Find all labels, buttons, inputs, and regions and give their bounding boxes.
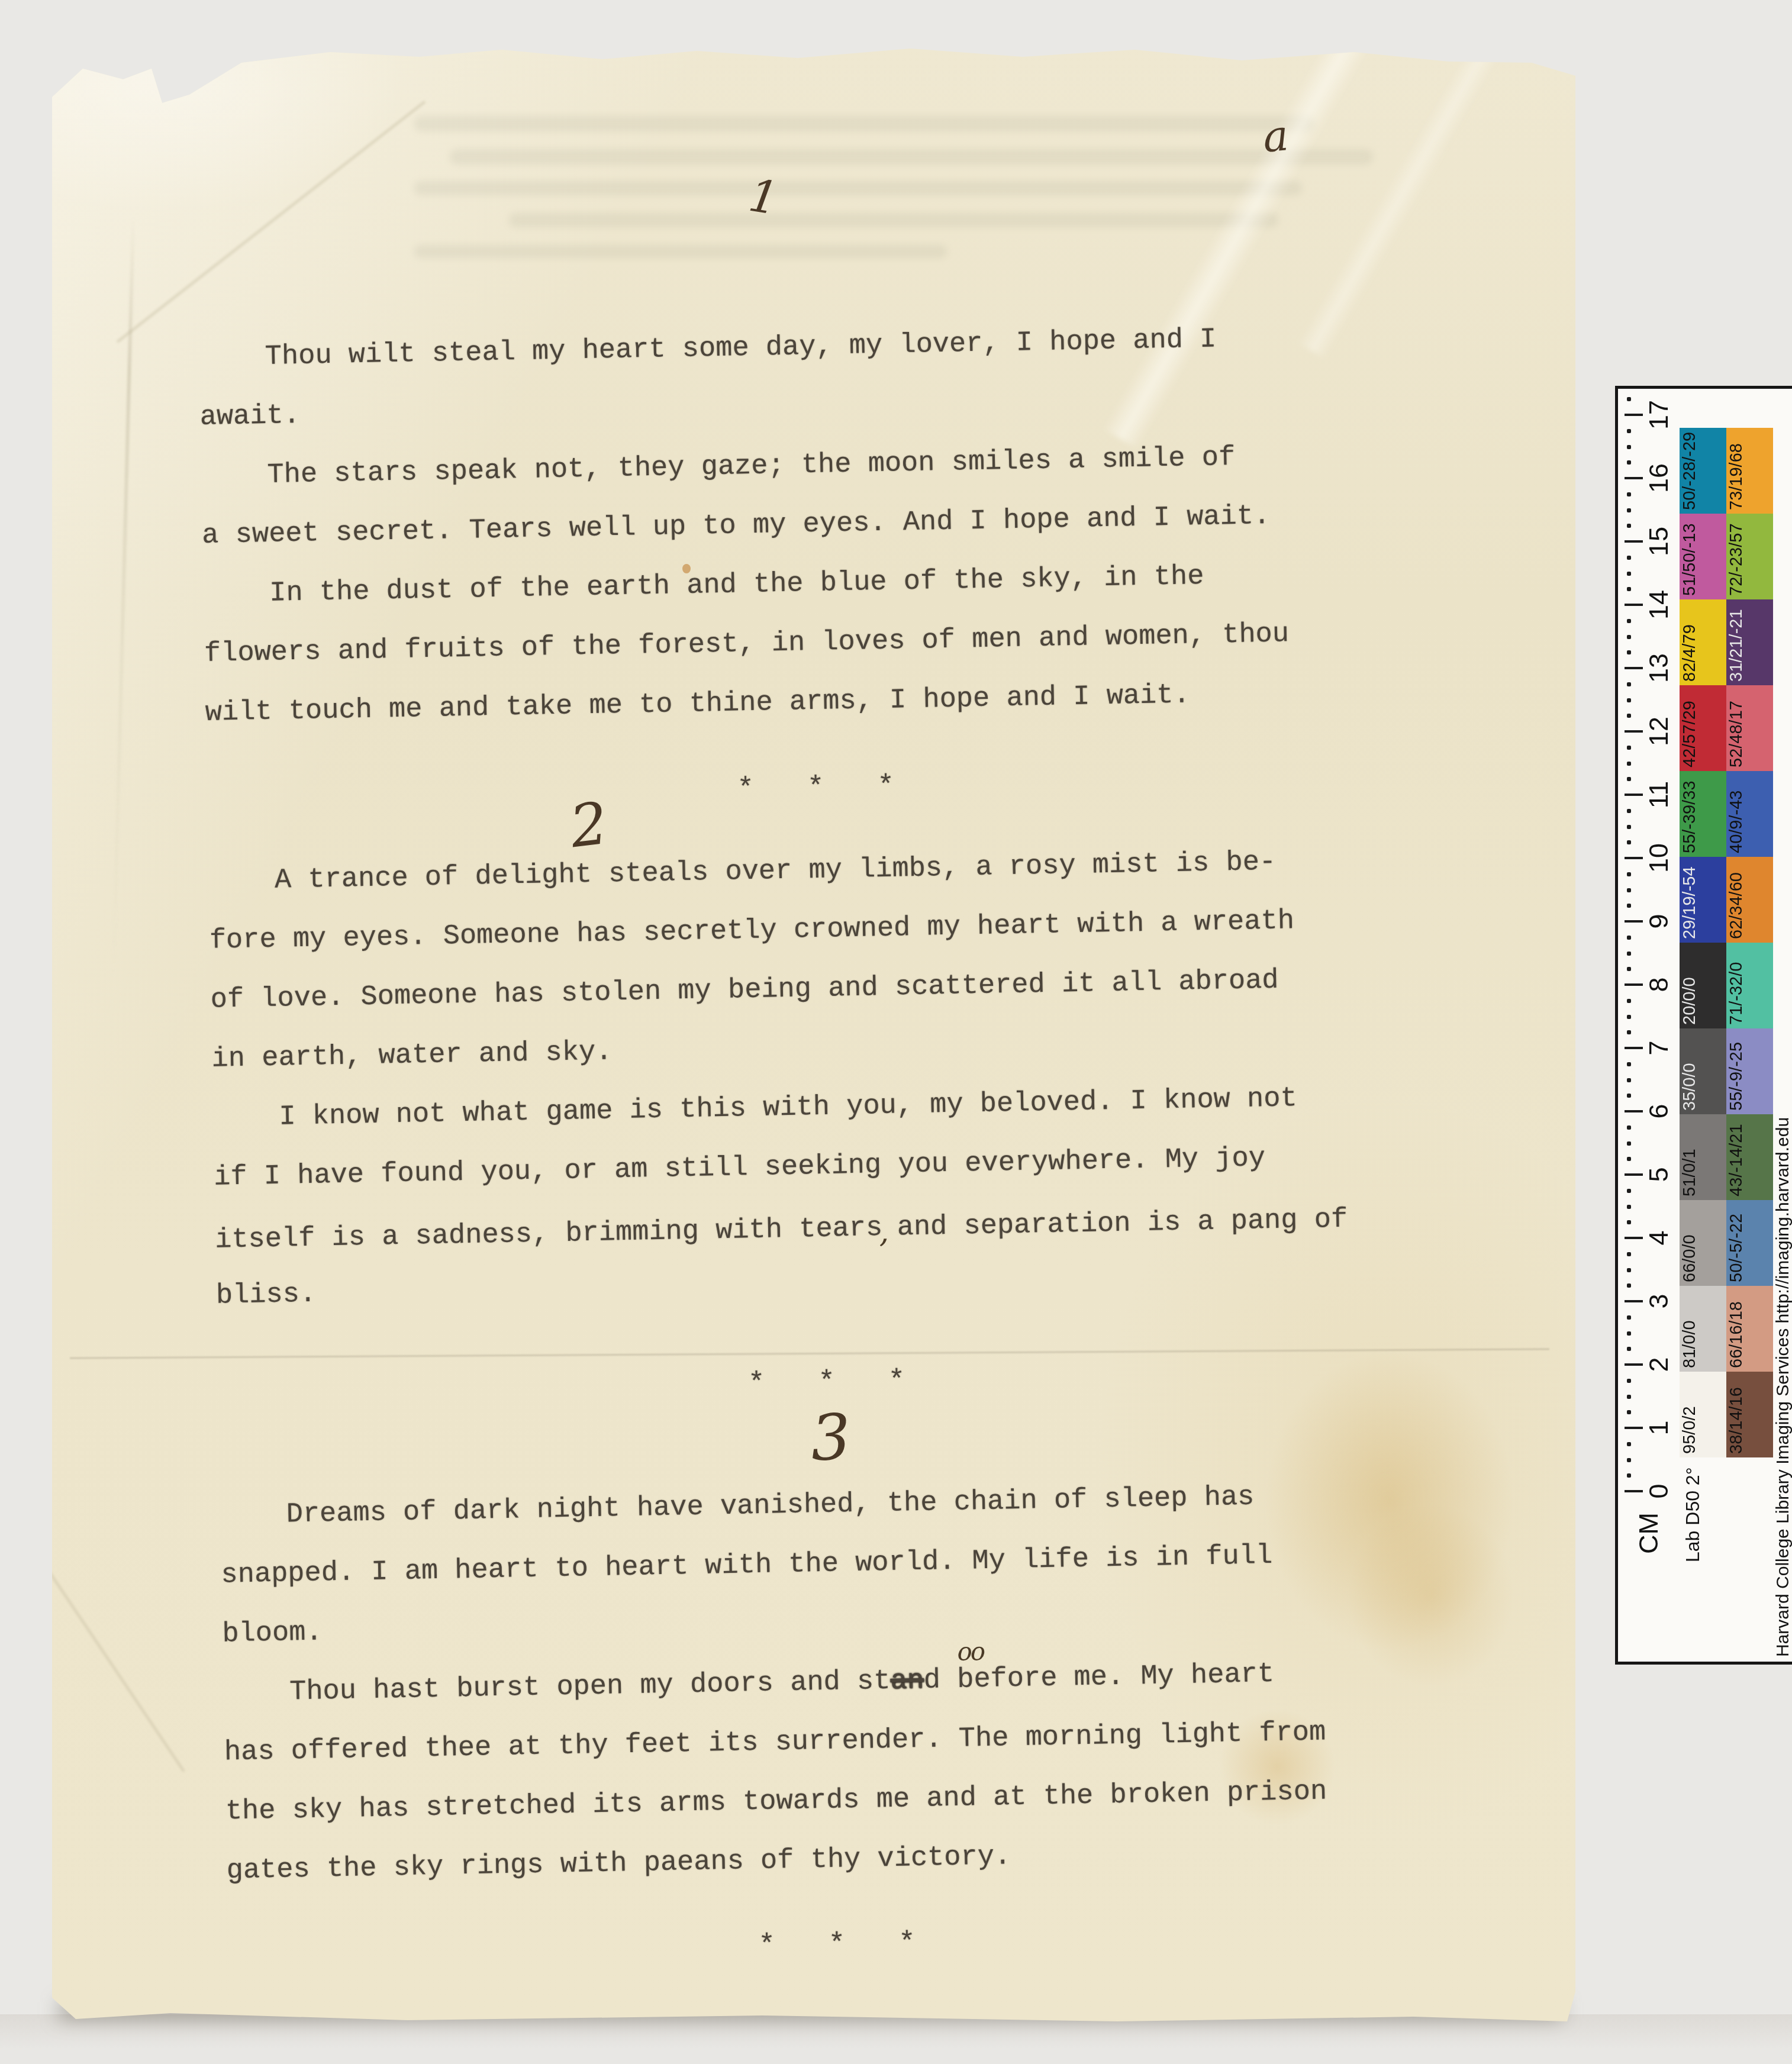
ruler-dot	[1627, 429, 1631, 433]
ruler-dot	[1627, 698, 1631, 702]
ghost-text-smudge	[414, 116, 1314, 131]
ruler-dot	[1627, 650, 1631, 654]
typed-text-block: Thou wilt steal my heart some day, my lo…	[198, 307, 1448, 1985]
ruler-dot	[1627, 1252, 1631, 1256]
patch-label: 29/19/-54	[1680, 850, 1699, 939]
ruler-dot	[1627, 762, 1631, 766]
ruler-dot	[1627, 1347, 1631, 1351]
ruler-number: 6	[1645, 1076, 1672, 1147]
ruler-dot	[1627, 587, 1631, 591]
patch-label: 81/0/0	[1680, 1279, 1699, 1368]
ruler-tick	[1625, 857, 1643, 859]
ruler-dot	[1627, 1078, 1631, 1082]
ruler-dot	[1627, 1379, 1631, 1383]
ruler-dot	[1627, 1205, 1631, 1209]
ruler-number: 0	[1645, 1456, 1672, 1527]
ruler-tick	[1625, 1173, 1643, 1176]
ruler-dot	[1627, 952, 1631, 956]
paragraph: Dreams of dark night have vanished, the …	[220, 1465, 1442, 1665]
section-separator: * * *	[227, 1904, 1447, 1986]
ghost-text-smudge	[414, 245, 947, 258]
ruler-number: 1	[1645, 1392, 1672, 1463]
ruler-dot	[1627, 635, 1631, 639]
patch-label: 31/21/-21	[1727, 593, 1746, 682]
ruler-dot	[1627, 1220, 1631, 1224]
handwritten-page-annotation: a	[1261, 110, 1290, 162]
ruler-dot	[1627, 524, 1631, 528]
patch-label: 95/0/2	[1680, 1365, 1699, 1454]
ruler-tick	[1625, 1110, 1643, 1112]
patch-label: 51/0/1	[1680, 1108, 1699, 1197]
ruler-tick	[1625, 920, 1643, 923]
paragraph: Thou wilt steal my heart some day, my lo…	[198, 307, 1419, 447]
crease-line	[41, 1560, 185, 1772]
patch-label: 51/50/-13	[1680, 507, 1699, 596]
ruler-dot	[1627, 999, 1631, 1003]
ruler-dot	[1627, 1410, 1631, 1414]
patch-label: 71/-32/0	[1727, 936, 1746, 1025]
patch-label: 40/9/-43	[1727, 765, 1746, 853]
ruler-dot	[1627, 1331, 1631, 1336]
ruler-dot	[1627, 904, 1631, 908]
ruler-dot	[1627, 508, 1631, 512]
ruler-dot	[1627, 1141, 1631, 1146]
ruler-tick	[1625, 604, 1643, 606]
patch-label: 42/57/29	[1680, 679, 1699, 767]
ruler-dot	[1627, 872, 1631, 876]
ruler-dot	[1627, 888, 1631, 892]
patch-label: 73/19/68	[1727, 421, 1746, 510]
ghost-text-smudge	[414, 181, 1302, 195]
ruler-tick	[1625, 1300, 1643, 1302]
typed-text-segment: Thou hast burst open my doors and st	[289, 1666, 891, 1708]
ruler-dot	[1627, 492, 1631, 496]
ruler-number: 15	[1645, 506, 1672, 577]
ruler-dot	[1627, 809, 1631, 813]
ruler-tick	[1625, 667, 1643, 669]
ghost-text-smudge	[450, 149, 1373, 165]
section-separator: * * *	[217, 1342, 1437, 1424]
ruler-number: 3	[1645, 1266, 1672, 1337]
typed-text-segment: itself is a sadness, brimming with tears	[215, 1212, 883, 1256]
patch-label: 50/-5/-22	[1727, 1194, 1746, 1282]
ruler-dot	[1627, 556, 1631, 560]
paper-sheet: a 1 2 3 Thou wilt steal my heart some da…	[52, 45, 1575, 2021]
ruler-dot	[1627, 840, 1631, 844]
ruler-dot	[1627, 1094, 1631, 1098]
ruler-tick	[1625, 1490, 1643, 1492]
ruler-dot	[1627, 682, 1631, 686]
ruler-tick	[1625, 794, 1643, 796]
scanner-background-strip	[0, 2014, 1792, 2064]
ruler-tick	[1625, 983, 1643, 986]
patch-label: 62/34/60	[1727, 850, 1746, 939]
ruler-dot	[1627, 1268, 1631, 1272]
ruler-number: 13	[1645, 633, 1672, 704]
ruler-tick	[1625, 1237, 1643, 1239]
scanned-document-page: { "scan": { "handwritten": { "page_annot…	[0, 0, 1792, 2064]
paragraph: A trance of delight steals over my limbs…	[208, 830, 1431, 1089]
ruler-number: 12	[1645, 696, 1672, 767]
ruler-dot	[1627, 714, 1631, 718]
ruler-tick	[1625, 1047, 1643, 1049]
patch-label: 52/48/17	[1727, 679, 1746, 767]
handwritten-comma: ,	[879, 1214, 889, 1250]
ruler-dot	[1627, 1125, 1631, 1130]
ruler-dot	[1627, 1015, 1631, 1019]
ruler-dot	[1627, 397, 1631, 401]
ruler-number: 14	[1645, 569, 1672, 640]
patch-label: 35/0/0	[1680, 1022, 1699, 1111]
ruler-number: 2	[1645, 1329, 1672, 1400]
patch-label: 55/-9/-25	[1727, 1022, 1746, 1111]
paragraph: In the dust of the earth and the blue of…	[202, 543, 1424, 743]
ruler-tick	[1625, 414, 1643, 416]
patch-label: 38/14/16	[1727, 1365, 1746, 1454]
ruler-tick	[1625, 540, 1643, 543]
patch-label: 66/16/18	[1727, 1279, 1746, 1368]
ghost-text-smudge	[509, 213, 1278, 227]
ruler-dot	[1627, 1395, 1631, 1399]
ruler-dot	[1627, 445, 1631, 449]
typed-text-segment: and separation is a pang of	[897, 1204, 1348, 1244]
ruler-dot	[1627, 1189, 1631, 1193]
paragraph: Thou hast burst open my doors and stanoo…	[223, 1642, 1446, 1901]
ruler-tick	[1625, 477, 1643, 479]
calibration-card: CM Lab D50 2° Harvard College Library Im…	[1615, 386, 1792, 1665]
patch-label: 55/-39/33	[1680, 765, 1699, 853]
ruler-dot	[1627, 460, 1631, 465]
ruler-number: 7	[1645, 1012, 1672, 1083]
ruler-dot	[1627, 1442, 1631, 1446]
ruler-number: 11	[1645, 759, 1672, 830]
ruler-tick	[1625, 1427, 1643, 1429]
ruler-tick	[1625, 730, 1643, 733]
ruler-tick	[1625, 1363, 1643, 1366]
patch-label: 66/0/0	[1680, 1194, 1699, 1282]
ruler-number: 5	[1645, 1139, 1672, 1210]
patch-label: 50/-28/-29	[1680, 421, 1699, 510]
ruler-dot	[1627, 1283, 1631, 1288]
ruler-dot	[1627, 1062, 1631, 1066]
ruler-dot	[1627, 619, 1631, 623]
ruler-dot	[1627, 1473, 1631, 1478]
patch-label: 20/0/0	[1680, 936, 1699, 1025]
patch-label: 82/4/79	[1680, 593, 1699, 682]
crease-line	[117, 101, 426, 343]
ruler-number: 16	[1645, 443, 1672, 514]
paragraph: I know not what game is this with you, m…	[212, 1067, 1436, 1326]
ruler-dot	[1627, 936, 1631, 940]
handwritten-correction: oo	[891, 1639, 984, 1666]
ruler-dot	[1627, 967, 1631, 971]
ruler-dot	[1627, 1030, 1631, 1034]
ruler-dot	[1627, 777, 1631, 781]
patch-label: 43/-14/21	[1727, 1108, 1746, 1197]
ruler-dot	[1627, 825, 1631, 829]
ruler-dot	[1627, 572, 1631, 576]
struck-word: anoo	[890, 1665, 924, 1697]
ruler-number: 10	[1645, 823, 1672, 894]
ruler-dot	[1627, 1315, 1631, 1320]
ruler-number: 8	[1645, 949, 1672, 1020]
ruler-dot	[1627, 746, 1631, 750]
ruler-number: 17	[1645, 379, 1672, 450]
ruler-number: 4	[1645, 1202, 1672, 1273]
section-separator: * * *	[207, 747, 1426, 829]
ruler-number: 9	[1645, 886, 1672, 957]
credit-line: Harvard College Library Imaging Services…	[1774, 651, 1792, 1657]
patch-label: 72/-23/57	[1727, 507, 1746, 596]
paragraph: The stars speak not, they gaze; the moon…	[201, 425, 1422, 566]
ruler-dot	[1627, 1458, 1631, 1462]
ruler-dot	[1627, 1157, 1631, 1161]
